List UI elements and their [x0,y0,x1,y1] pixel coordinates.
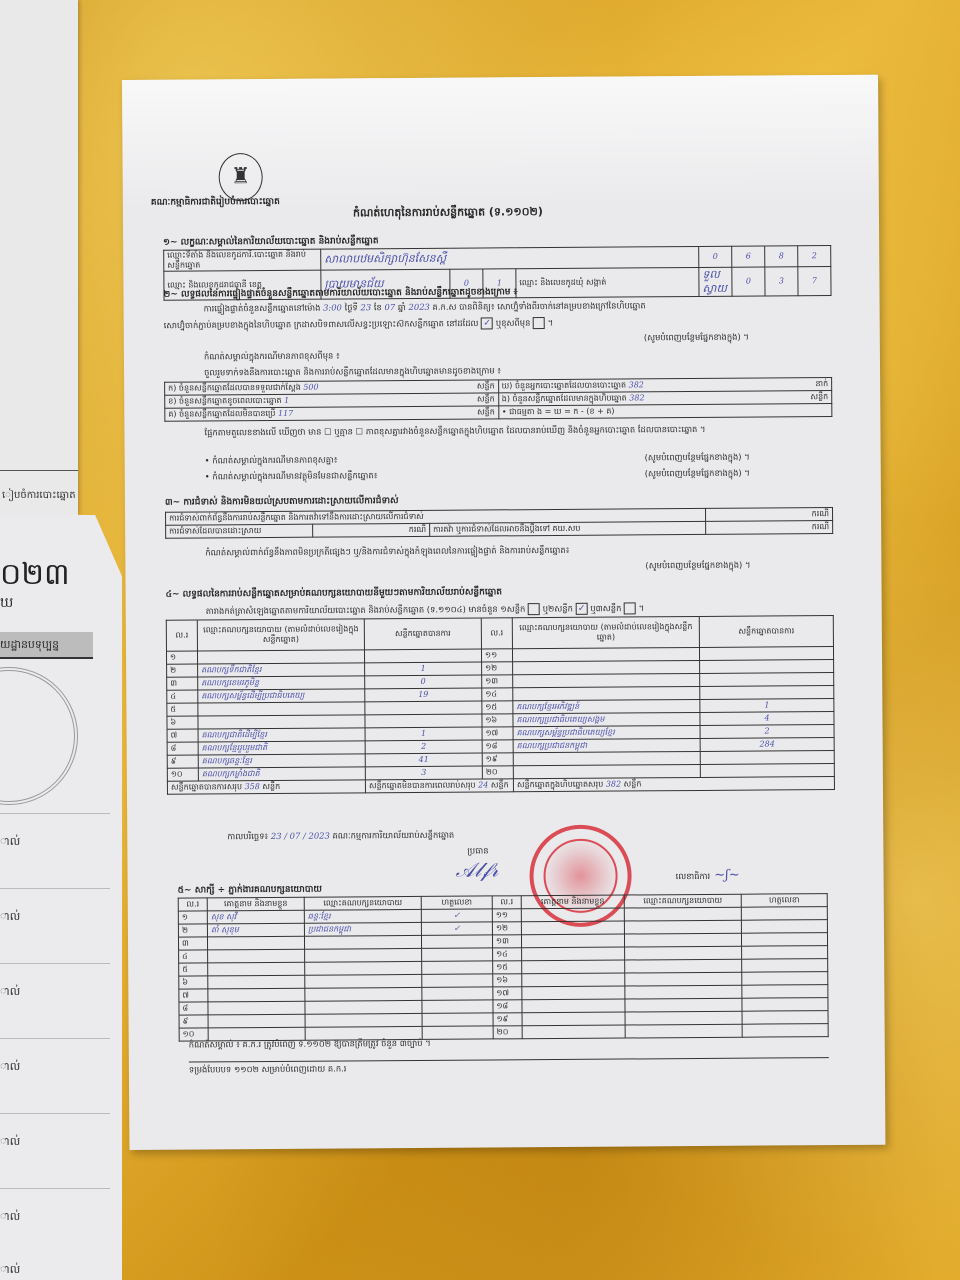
verification-day: 23 [360,302,371,312]
section4-heading: ៤~ លទ្ធផលនៃការរាប់សន្លឹកឆ្នោតសម្រាប់គណបក… [166,587,502,601]
row-label: ាល់ [0,1263,20,1279]
ballot-stats-table: ក) ចំនួនសន្លឹកឆ្នោតដែលបានទទួលជាក់ស្តែង 5… [164,377,832,422]
party-results-table: ល.រ ឈ្មោះគណបក្សនយោបាយ (តាមលំដាប់លេខរៀងក្… [166,615,835,795]
row-label: ាល់ [0,1135,20,1151]
tally-sheets-line: តារាងកត់ត្រាសំឡេងឆ្នោតតាមការិយាល័យបោះឆ្ន… [206,602,645,617]
vote-count-form: ♜ គណៈកម្មាធិការជាតិរៀបចំការបោះឆ្នោត កំណត… [122,75,885,1150]
left-posted-sheet-top: ៀបចំការបោះឆ្នោត [0,0,78,515]
voters-count: 382 [629,380,644,389]
nec-emblem-icon: ♜ [219,153,263,201]
form-title: កំណត់ហេតុនៃការរាប់សន្លឹកឆ្នោត (ទ.១១០២) [353,205,543,220]
secretary: លេខាធិការ ~ʃ~ [676,868,740,885]
signing-date: កាលបរិច្ឆេទ៖ 23 / 07 / 2023 គណៈកម្មការកា… [227,830,454,842]
total-invalid: 24 [478,780,488,789]
stats-intro: ចួលរួមទាក់ទងនឹងការបោះឆ្នោត និងការរាប់សន្… [204,365,501,378]
three-sheets-checkbox[interactable] [624,602,636,614]
code-digit: 2 [798,246,831,267]
left-posted-sheet-bottom: ០២៣ ឃ យដ្ឋានបទុប្បន្ន ាល់ ាល់ ាល់ ាល់ ាល… [0,515,122,1280]
row-label: ាល់ [0,985,20,1001]
code-digit: 0 [699,246,732,267]
row-label: ាល់ [0,1060,20,1076]
different-checkbox[interactable] [533,317,545,329]
footnote: កំណត់សម្គាល់ ៖ គ.ក.រ ត្រូវបំពេញ ទ.១១០២ ឱ… [189,1038,431,1050]
location-label: ឈ្មោះទីតាំង និងលេខកូដការិ.បោះឆ្នោត និងរា… [164,249,321,271]
witness-table: ល.រ គោត្តនាម និងនាមខ្លួន ឈ្មោះគណបក្សនយោប… [178,893,829,1042]
row-label: ាល់ [0,1210,20,1226]
note-diff: • កំណត់សម្គាល់ក្នុងករណីមានភាពខុសគ្នា៖ [205,455,338,466]
section1-heading: ១~ លក្ខណៈសម្គាល់នៃការិយាល័យបោះឆ្នោត និងរ… [163,236,378,249]
note-nonballot: • កំណត់សម្គាល់ក្នុងករណីមានវត្ថុមិនមែនជាស… [205,470,378,482]
sub-fragment: ឃ [0,593,13,614]
complaints-table: ការជំទាស់ពាក់ព័ន្ធនឹងការរាប់សន្លឹកឆ្នោត … [165,507,833,539]
agency-name: គណៈកម្មាធិការជាតិរៀបចំការបោះឆ្នោត [151,197,280,209]
section3-note: កំណត់សម្គាល់ពាក់ព័ន្ធនឹងភាពមិនប្រក្រតីផ្… [205,543,845,558]
two-sheets-checkbox[interactable]: ✓ [576,603,588,615]
verification-time: 3:00 [323,302,342,312]
same-checkbox[interactable]: ✓ [481,317,493,329]
location-value: សាលាបឋមសិក្សាហ៊ុនសែនស្ពឺ [321,246,699,270]
verification-month: 07 [384,302,395,312]
total-in-box: 382 [606,780,621,789]
verification-line: ការផ្ទៀងផ្ទាត់ចំនួនសន្លឹកឆ្នោតនៅម៉ោង 3:0… [204,299,844,314]
received-ballots: 500 [303,383,318,392]
seal-line: សោហ្វ៊ុំចាក់ភ្ជាប់គម្របខាងក្នុងនៃហិបឆ្នោ… [164,317,554,332]
compare-line: ផ្អែកតាមតួលេខខាងលើ ឃើញថា មាន ☐ ឬគ្មាន ☐ … [204,423,844,438]
form-note: ទម្រង់បែបបទ ១១០២ សម្រាប់បំពេញដោយ គ.ក.រ [189,1057,829,1075]
section5-heading: ៥~ សាក្សី ÷ ភ្នាក់ងារគណបក្សនយោបាយ [178,885,322,897]
chair-signature: 𝒜𝓁𝒻𝓇 [455,857,498,882]
ballots-in-box: 382 [629,393,644,402]
header-band: យដ្ឋានបទុប្បន្ន [0,632,93,659]
verification-year: 2023 [408,302,429,312]
divider [0,470,78,471]
row-label: ាល់ [0,835,20,851]
section3-heading: ៣~ ការជំទាស់ និងការមិនយល់ស្របតាមការដោះស្… [165,496,399,509]
chair-label: ប្រធាន [467,845,488,856]
official-seal-icon [0,667,78,805]
sheet-fragment-text: ៀបចំការបោះឆ្នោត [2,488,76,503]
code-digit: 6 [732,246,765,267]
unused-ballots: 117 [278,409,293,418]
formula: • ជាធម្មតា ង = ឃ = ក - (ខ + គ) [498,404,832,419]
total-valid: 358 [245,782,260,791]
code-digit: 8 [765,246,798,267]
fill-note: (សូមបំពេញបន្ថែមផ្នែកខាងក្នុង) ។ [644,332,749,343]
one-sheet-checkbox[interactable] [528,603,540,615]
diff-note-label: កំណត់សម្គាល់ក្នុងករណីមានភាពខុសពីមុន ៖ [204,350,340,361]
spoiled-ballots: 1 [284,396,289,405]
row-label: ាល់ [0,910,20,926]
